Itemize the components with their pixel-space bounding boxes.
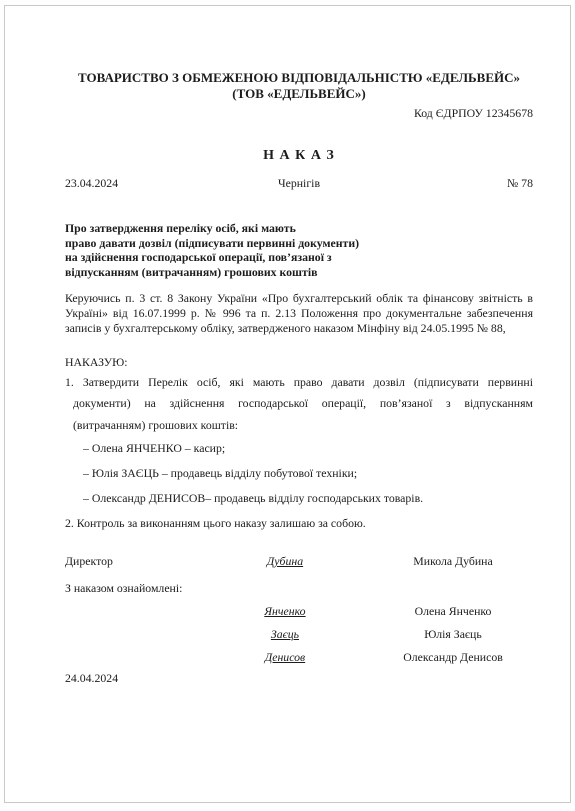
director-full-name: Микола Дубина <box>373 554 533 569</box>
acknowledgement-row-1: Янченко Олена Янченко <box>65 604 533 619</box>
authorized-person-1: – Олена ЯНЧЕНКО – касир; <box>65 436 533 461</box>
order-date: 23.04.2024 <box>65 176 219 191</box>
company-name-short: (ТОВ «ЕДЕЛЬВЕЙС») <box>65 86 533 102</box>
acknowledged-label: З наказом ознайомлені: <box>65 581 533 596</box>
subject-line-1: Про затвердження переліку осіб, які мают… <box>65 221 533 236</box>
ack-full-name-3: Олександр Денисов <box>373 650 533 665</box>
acknowledgement-row-2: Заєць Юлія Заєць <box>65 627 533 642</box>
preamble-paragraph: Керуючись п. 3 ст. 8 Закону України «Про… <box>65 291 533 337</box>
order-heading: НАКАЗУЮ: <box>65 355 533 370</box>
ack-full-name-2: Юлія Заєць <box>373 627 533 642</box>
document-page: ТОВАРИСТВО З ОБМЕЖЕНОЮ ВІДПОВІДАЛЬНІСТЮ … <box>4 5 571 803</box>
subject-line-2: право давати дозвіл (підписувати первинн… <box>65 236 533 251</box>
director-handwritten-signature: Дубина <box>233 554 336 569</box>
order-city: Чернігів <box>219 176 378 191</box>
order-item-1: 1. Затвердити Перелік осіб, які мають пр… <box>65 372 533 437</box>
ack-handwritten-signature-1: Янченко <box>233 604 336 619</box>
authorized-person-2: – Юлія ЗАЄЦЬ – продавець відділу побутов… <box>65 461 533 486</box>
ack-handwritten-signature-3: Денисов <box>233 650 336 665</box>
order-item-2: 2. Контроль за виконанням цього наказу з… <box>65 511 533 536</box>
signer-role: Директор <box>65 554 233 569</box>
ack-full-name-1: Олена Янченко <box>373 604 533 619</box>
order-subject: Про затвердження переліку осіб, які мают… <box>65 221 533 279</box>
subject-line-3: на здійснення господарської операції, по… <box>65 250 533 265</box>
edrpou-code: Код ЄДРПОУ 12345678 <box>65 106 533 121</box>
authorized-person-3: – Олександр ДЕНИСОВ– продавець відділу г… <box>65 486 533 511</box>
ack-handwritten-signature-2: Заєць <box>233 627 336 642</box>
acknowledgement-row-3: Денисов Олександр Денисов <box>65 650 533 665</box>
order-meta-row: 23.04.2024 Чернігів № 78 <box>65 176 533 191</box>
authorized-persons-list: – Олена ЯНЧЕНКО – касир; – Юлія ЗАЄЦЬ – … <box>65 436 533 511</box>
document-type-title: Н А К А З <box>65 147 533 164</box>
director-signature-row: Директор Дубина Микола Дубина <box>65 554 533 569</box>
order-number: № 78 <box>379 176 533 191</box>
subject-line-4: відпусканням (витрачанням) грошових кошт… <box>65 265 533 280</box>
acknowledgement-date: 24.04.2024 <box>65 671 533 686</box>
company-name-full: ТОВАРИСТВО З ОБМЕЖЕНОЮ ВІДПОВІДАЛЬНІСТЮ … <box>65 70 533 86</box>
